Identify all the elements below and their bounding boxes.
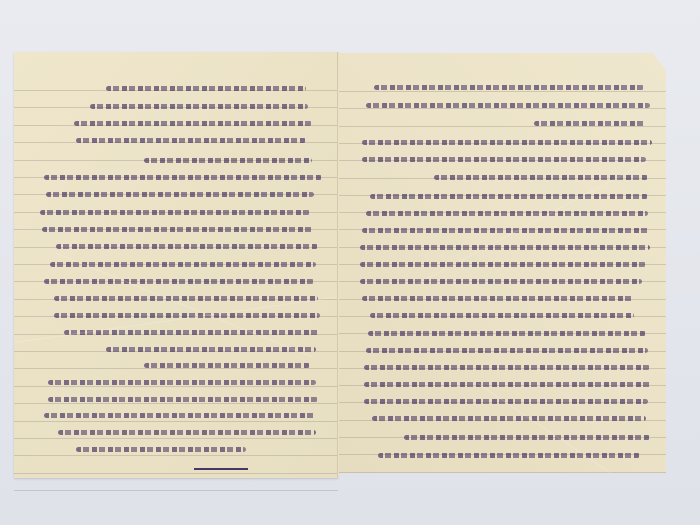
handwritten-line: [illegible handwritten line] — [362, 138, 652, 147]
line-text: [illegible handwritten line] — [44, 277, 314, 286]
line-text: [illegible handwritten line] — [42, 225, 314, 234]
line-text: [illegible handwritten line] — [58, 428, 316, 437]
line-text: [illegible handwritten line] — [56, 242, 318, 251]
handwritten-line: [illegible handwritten line] — [76, 136, 306, 145]
line-text: [illegible handwritten line] — [404, 433, 650, 442]
handwritten-line: [illegible handwritten line] — [54, 294, 318, 303]
line-text: [illegible handwritten line] — [106, 84, 306, 93]
line-text: [illegible handwritten line] — [368, 329, 646, 338]
handwritten-line: [illegible handwritten line] — [106, 84, 306, 93]
center-fold — [337, 52, 339, 478]
line-text: [illegible handwritten line] — [90, 102, 308, 111]
line-text: [illegible handwritten line] — [44, 173, 322, 182]
handwritten-line: [illegible handwritten line] — [374, 83, 644, 92]
line-text: [illegible handwritten line] — [534, 119, 646, 128]
line-text: [illegible handwritten line] — [364, 380, 652, 389]
handwritten-line: [illegible handwritten line] — [144, 361, 310, 370]
line-text: [illegible handwritten line] — [374, 83, 644, 92]
handwritten-line: [illegible handwritten line] — [76, 445, 246, 454]
handwritten-line: [illegible handwritten line] — [360, 243, 650, 252]
ruled-line — [14, 473, 338, 474]
line-text: [illegible handwritten line] — [362, 138, 652, 147]
line-text: [illegible handwritten line] — [54, 294, 318, 303]
line-text: [illegible handwritten line] — [362, 226, 650, 235]
handwritten-line: [illegible handwritten line] — [44, 411, 316, 420]
line-text: [illegible handwritten line] — [40, 208, 310, 217]
handwritten-line: [illegible handwritten line] — [368, 329, 646, 338]
handwritten-line: [illegible handwritten line] — [48, 395, 318, 404]
handwritten-line: [illegible handwritten line] — [362, 226, 650, 235]
handwritten-line: [illegible handwritten line] — [366, 101, 650, 110]
handwritten-line: [illegible handwritten line] — [364, 380, 652, 389]
handwritten-line: [illegible handwritten line] — [404, 433, 650, 442]
handwritten-line: [illegible handwritten line] — [362, 155, 646, 164]
line-text: [illegible handwritten line] — [362, 294, 634, 303]
handwritten-line: [illegible handwritten line] — [364, 363, 650, 372]
line-text: [illegible handwritten line] — [48, 395, 318, 404]
handwritten-line: [illegible handwritten line] — [74, 119, 312, 128]
ruled-line — [14, 438, 338, 439]
handwritten-line: [illegible handwritten line] — [144, 156, 312, 165]
handwritten-line: [illegible handwritten line] — [56, 242, 318, 251]
line-text: [illegible handwritten line] — [48, 378, 316, 387]
letter-page-left: [illegible handwritten line][illegible h… — [14, 52, 338, 478]
handwritten-line: [illegible handwritten line] — [44, 277, 314, 286]
line-text: [illegible handwritten line] — [372, 414, 646, 423]
line-text: [illegible handwritten line] — [364, 363, 650, 372]
line-text: [illegible handwritten line] — [46, 190, 314, 199]
handwritten-line: [illegible handwritten line] — [534, 119, 646, 128]
handwritten-line: [illegible handwritten line] — [370, 311, 634, 320]
handwritten-line: [illegible handwritten line] — [366, 209, 648, 218]
line-text: [illegible handwritten line] — [360, 243, 650, 252]
line-text: [illegible handwritten line] — [360, 277, 642, 286]
handwritten-line: [illegible handwritten line] — [370, 192, 648, 201]
ruled-line — [14, 421, 338, 422]
handwritten-line: [illegible handwritten line] — [366, 346, 648, 355]
letter-page-right: [illegible handwritten line][illegible h… — [338, 53, 666, 473]
handwritten-line: [illegible handwritten line] — [362, 294, 634, 303]
handwritten-line: [illegible handwritten line] — [44, 173, 322, 182]
handwritten-line: [illegible handwritten line] — [40, 208, 310, 217]
line-text: [illegible handwritten line] — [76, 136, 306, 145]
line-text: [illegible handwritten line] — [74, 119, 312, 128]
handwritten-line: [illegible handwritten line] — [378, 451, 640, 460]
line-text: [illegible handwritten line] — [370, 311, 634, 320]
handwritten-line: [illegible handwritten line] — [58, 428, 316, 437]
handwritten-line: [illegible handwritten line] — [360, 277, 642, 286]
line-text: [illegible handwritten line] — [366, 209, 648, 218]
line-text: [illegible handwritten line] — [366, 346, 648, 355]
handwritten-line: [illegible handwritten line] — [372, 414, 646, 423]
line-text: [illegible handwritten line] — [366, 101, 650, 110]
line-text: [illegible handwritten line] — [360, 260, 646, 269]
handwritten-line: [illegible handwritten line] — [42, 225, 314, 234]
ruled-line — [14, 490, 338, 491]
closing-rule — [194, 468, 248, 470]
line-text: [illegible handwritten line] — [370, 192, 648, 201]
line-text: [illegible handwritten line] — [76, 445, 246, 454]
handwritten-line: [illegible handwritten line] — [48, 378, 316, 387]
handwritten-line: [illegible handwritten line] — [46, 190, 314, 199]
handwritten-line: [illegible handwritten line] — [360, 260, 646, 269]
line-text: [illegible handwritten line] — [44, 411, 316, 420]
line-text: [illegible handwritten line] — [362, 155, 646, 164]
line-text: [illegible handwritten line] — [378, 451, 640, 460]
handwritten-line: [illegible handwritten line] — [90, 102, 308, 111]
ruled-line — [14, 455, 338, 456]
line-text: [illegible handwritten line] — [144, 361, 310, 370]
ruled-line — [338, 472, 666, 473]
line-text: [illegible handwritten line] — [144, 156, 312, 165]
